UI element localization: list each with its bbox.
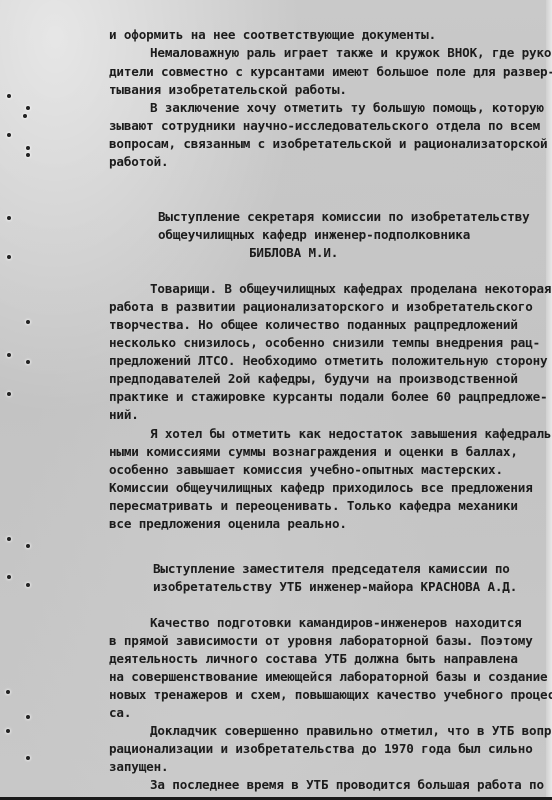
paragraph-line: Качество подготовки камандиров-инженеров…: [150, 614, 522, 632]
paragraph-line: работа в развитии рационализаторского и …: [109, 298, 533, 316]
punch-hole-mark: [7, 392, 11, 396]
speaker-name: БИБЛОВА М.И.: [249, 244, 338, 262]
paragraph-line: Товарищи. В общеучилищных кафедрах проде…: [150, 280, 551, 298]
paragraph-line: работой.: [109, 153, 168, 171]
punch-hole-mark: [26, 756, 30, 760]
punch-hole-mark: [7, 353, 11, 357]
paragraph-line: запущен.: [109, 758, 168, 776]
section-heading: Выступление заместителя председателя кам…: [153, 560, 510, 578]
section-heading: общеучилищных кафедр инженер-подполковни…: [158, 226, 470, 244]
paragraph-line: на совершенствование имеющейся лаборатор…: [109, 668, 548, 686]
paragraph-line: пересматривать и переоценивать. Только к…: [109, 497, 518, 515]
paragraph-line: деятельность личного состава УТБ должна …: [109, 650, 518, 668]
punch-hole-mark: [26, 544, 30, 548]
paragraph-line: Докладчик совершенно правильно отметил, …: [150, 722, 552, 740]
punch-hole-mark: [26, 106, 30, 110]
paragraph-line: предложений ЛТСО. Необходимо отметить по…: [109, 352, 548, 370]
paragraph-line: творчества. Но общее количество поданных…: [109, 316, 518, 334]
punch-hole-mark: [7, 216, 11, 220]
paragraph-line: все предложения оценила реально.: [109, 515, 347, 533]
punch-hole-mark: [23, 114, 27, 118]
paragraph-line: и оформить на нее соответствующие докуме…: [109, 26, 436, 44]
paragraph-line: несколько снизилось, особенно снизили те…: [109, 334, 540, 352]
section-heading: изобретательству УТБ инженер-майора КРАС…: [153, 578, 517, 596]
paragraph-line: особенно завышает комиссия учебно-опытны…: [109, 461, 503, 479]
paragraph-line: Немаловажную раль играет также и кружок …: [150, 44, 552, 62]
punch-hole-mark: [26, 153, 30, 157]
paragraph-line: тывания изобретательской работы.: [109, 81, 347, 99]
paragraph-line: рационализации и изобретательства до 197…: [109, 740, 533, 758]
paragraph-line: зывают сотрудники научно-исследовательск…: [109, 117, 540, 135]
paragraph-line: са.: [109, 704, 131, 722]
section-heading: Выступление секретаря комиссии по изобре…: [158, 208, 530, 226]
punch-hole-mark: [6, 690, 10, 694]
document-page: и оформить на нее соответствующие докуме…: [0, 0, 552, 797]
paragraph-line: новых тренажеров и схем, повышающих каче…: [109, 686, 552, 704]
punch-hole-mark: [7, 575, 11, 579]
punch-hole-mark: [26, 146, 30, 150]
punch-hole-mark: [26, 583, 30, 587]
paragraph-line: дители совместно с курсантами имеют боль…: [109, 63, 552, 81]
paragraph-line: Комиссии общеучилищных кафедр приходилос…: [109, 479, 533, 497]
paragraph-line: В заключение хочу отметить ту большую по…: [150, 99, 552, 117]
paragraph-line: За последнее время в УТБ проводится боль…: [150, 776, 544, 794]
paragraph-line: Я хотел бы отметить как недостаток завыш…: [150, 425, 552, 443]
paragraph-line: практике и стажировке курсанты подали бо…: [109, 388, 548, 406]
paragraph-line: в прямой зависимости от уровня лаборатор…: [109, 632, 533, 650]
paragraph-line: ний.: [109, 406, 139, 424]
punch-hole-mark: [7, 133, 11, 137]
paragraph-line: ными комиссиями суммы вознаграждения и о…: [109, 443, 518, 461]
punch-hole-mark: [26, 715, 30, 719]
punch-hole-mark: [7, 255, 11, 259]
punch-hole-mark: [7, 537, 11, 541]
punch-hole-mark: [6, 729, 10, 733]
punch-hole-mark: [26, 320, 30, 324]
punch-hole-mark: [7, 94, 11, 98]
punch-hole-mark: [26, 360, 30, 364]
paragraph-line: предподавателей 2ой кафедры, будучи на п…: [109, 370, 518, 388]
paragraph-line: вопросам, связанным с изобретательской и…: [109, 135, 548, 153]
